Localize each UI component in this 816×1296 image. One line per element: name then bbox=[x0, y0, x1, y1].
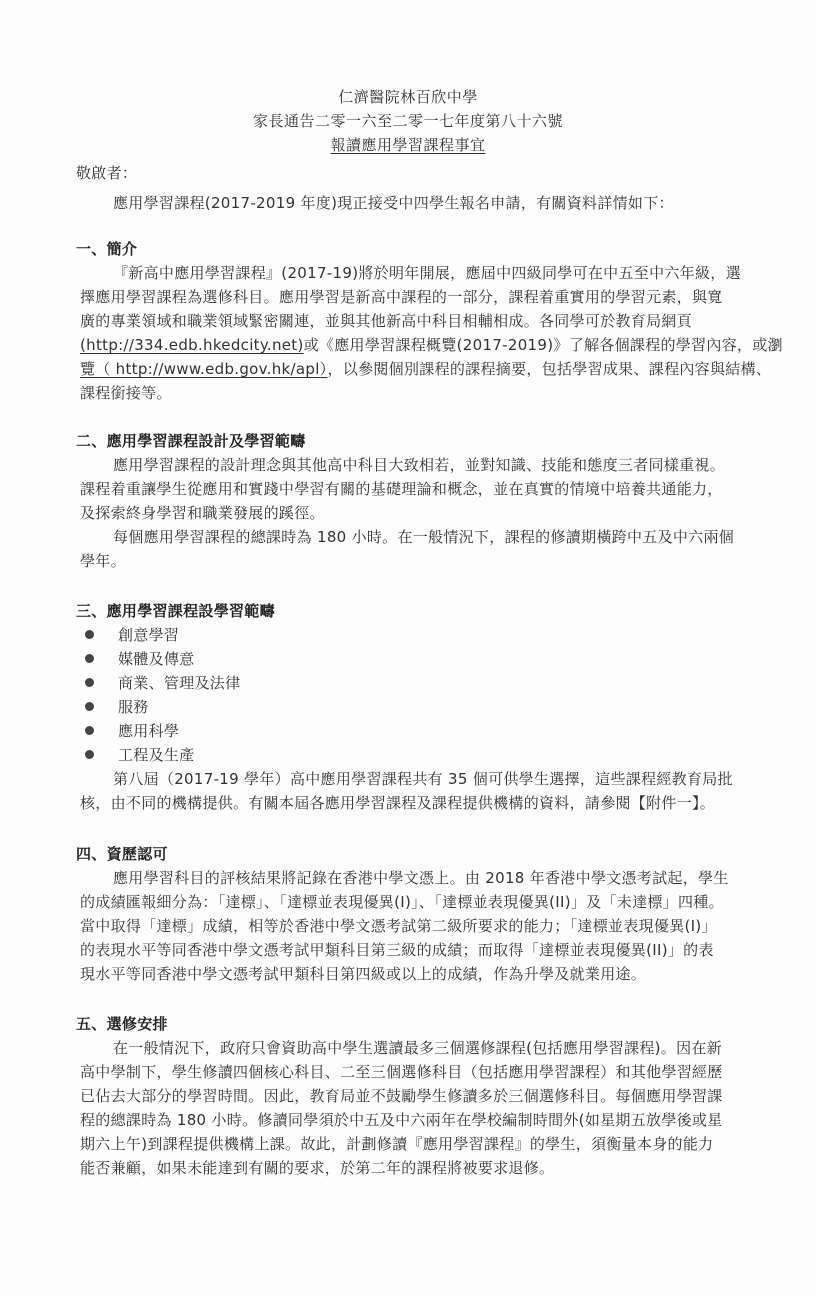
section-1-line: 『新高中應用學習課程』(2017-19)將於明年開展，應屆中四級同學可在中五至中… bbox=[113, 262, 741, 283]
edb-apl-link[interactable]: 覽（ http://www.edb.gov.hk/apl） bbox=[80, 360, 327, 378]
notice-subject: 報讀應用學習課程事宜 bbox=[0, 134, 816, 155]
section-3-line: 核，由不同的機構提供。有關本屆各應用學習課程及課程提供機構的資料，請參閱【附件一… bbox=[80, 792, 715, 813]
bullet-icon bbox=[85, 630, 94, 639]
learning-area-item: 服務 bbox=[118, 696, 149, 717]
section-4-line: 的成績匯報細分為：「達標」、「達標並表現優異(I)」、「達標並表現優異(II)」… bbox=[80, 891, 724, 912]
hkedcity-link[interactable]: (http://334.edb.hkedcity.net) bbox=[80, 336, 304, 354]
section-1-line-with-link: (http://334.edb.hkedcity.net)或《應用學習課程概覽(… bbox=[80, 334, 783, 355]
section-2-line: 課程着重讓學生從應用和實踐中學習有關的基礎理論和概念，並在真實的情境中培養共通能… bbox=[80, 478, 723, 499]
section-4-line: 應用學習科目的評核結果將記錄在香港中學文憑上。由 2018 年香港中學文憑考試起… bbox=[113, 867, 729, 888]
section-5-title: 五、選修安排 bbox=[76, 1013, 168, 1034]
learning-area-item: 應用科學 bbox=[118, 720, 179, 741]
salutation: 敬啟者： bbox=[76, 162, 137, 183]
section-4-title: 四、資歷認可 bbox=[76, 843, 168, 864]
section-5-line: 高中學制下，學生修讀四個核心科目、二至三個選修科目（包括應用學習課程）和其他學習… bbox=[80, 1061, 723, 1082]
section-4-line: 的表現水平等同香港中學文憑考試甲類科目第三級的成績；而取得「達標並表現優異(II… bbox=[80, 939, 714, 960]
school-name: 仁濟醫院林百欣中學 bbox=[0, 86, 816, 107]
section-2-line: 應用學習課程的設計理念與其他高中科目大致相若，並對知識、技能和態度三者同樣重視。 bbox=[113, 454, 725, 475]
section-2-line: 及探索終身學習和職業發展的蹊徑。 bbox=[80, 502, 325, 523]
bullet-icon bbox=[85, 678, 94, 687]
section-2-line: 學年。 bbox=[80, 550, 126, 571]
bullet-icon bbox=[85, 654, 94, 663]
notice-number: 家長通告二零一六至二零一七年度第八十六號 bbox=[0, 110, 816, 131]
learning-area-item: 創意學習 bbox=[118, 624, 179, 645]
bullet-icon bbox=[85, 702, 94, 711]
notice-page: 仁濟醫院林百欣中學 家長通告二零一六至二零一七年度第八十六號 報讀應用學習課程事… bbox=[0, 0, 816, 1296]
section-2-title: 二、應用學習課程設計及學習範疇 bbox=[76, 430, 306, 451]
section-1-line: 廣的專業領域和職業領域緊密關連，並與其他新高中科目相輔相成。各同學可於教育局網頁 bbox=[80, 310, 692, 331]
section-3-title: 三、應用學習課程設學習範疇 bbox=[76, 600, 275, 621]
section-1-line: 擇應用學習課程為選修科目。應用學習是新高中課程的一部分，課程着重實用的學習元素，… bbox=[80, 286, 723, 307]
section-2-line: 每個應用學習課程的總課時為 180 小時。在一般情況下，課程的修讀期橫跨中五及中… bbox=[113, 526, 734, 547]
learning-area-item: 媒體及傳意 bbox=[118, 648, 195, 669]
section-5-line: 已佔去大部分的學習時間。因此，教育局並不鼓勵學生修讀多於三個選修科目。每個應用學… bbox=[80, 1085, 723, 1106]
bullet-icon bbox=[85, 726, 94, 735]
section-5-line: 能否兼顧，如果未能達到有關的要求，於第二年的課程將被要求退修。 bbox=[80, 1157, 554, 1178]
bullet-icon bbox=[85, 750, 94, 759]
section-5-line: 程的總課時為 180 小時。修讀同學須於中五及中六兩年在學校編制時間外(如星期五… bbox=[80, 1109, 723, 1130]
section-4-line: 現水平等同香港中學文憑考試甲類科目第四級或以上的成績，作為升學及就業用途。 bbox=[80, 963, 646, 984]
section-1-title: 一、簡介 bbox=[76, 238, 137, 259]
section-5-line: 在一般情況下，政府只會資助高中學生選讀最多三個選修課程(包括應用學習課程)。因在… bbox=[113, 1037, 722, 1058]
section-3-line: 第八屆（2017-19 學年）高中應用學習課程共有 35 個可供學生選擇，這些課… bbox=[113, 768, 733, 789]
section-1-line: 課程銜接等。 bbox=[80, 382, 172, 403]
section-4-line: 當中取得「達標」成績，相等於香港中學文憑考試第二級所要求的能力；「達標並表現優異… bbox=[80, 915, 717, 936]
section-1-line-with-link: 覽（ http://www.edb.gov.hk/apl），以參閱個別課程的課程… bbox=[80, 358, 771, 379]
intro-text: 應用學習課程(2017-2019 年度)現正接受中四學生報名申請，有關資料詳情如… bbox=[113, 192, 674, 213]
section-5-line: 期六上午)到課程提供機構上課。故此，計劃修讀『應用學習課程』的學生，須衡量本身的… bbox=[80, 1133, 713, 1154]
learning-area-item: 商業、管理及法律 bbox=[118, 672, 240, 693]
learning-area-item: 工程及生產 bbox=[118, 744, 195, 765]
